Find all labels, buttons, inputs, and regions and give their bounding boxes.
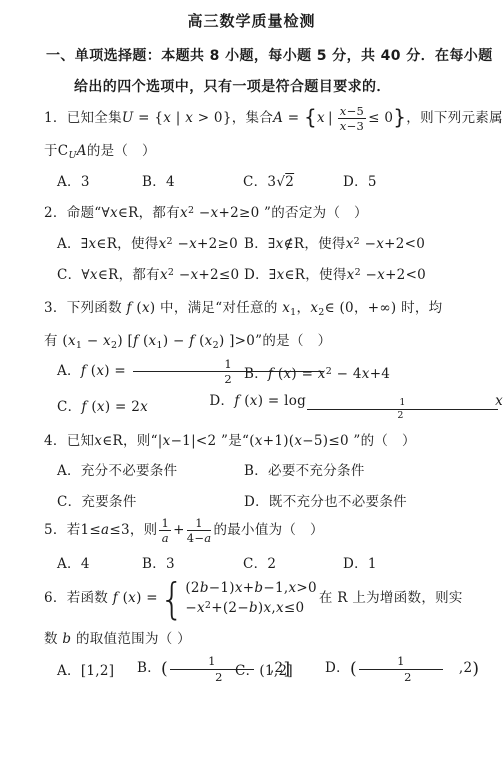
question-6-option-a: A．[1,2] <box>57 659 137 679</box>
question-1-stem-line-2: 于CUA的是（ ） <box>44 139 489 161</box>
question-2-options-row-1: A．∃x∈R，使得x2 −x+2≥0 B．∃x∉R，使得x2 −x+2<0 <box>57 232 503 252</box>
question-3-option-a: A．f (x) = 12 <box>57 358 244 385</box>
question-4-option-c: C．充要条件 <box>57 490 244 510</box>
question-5-option-a: A．4 <box>57 552 142 572</box>
question-3-stem-line-1: 3．下列函数 f (x) 中，满足“对任意的 x1，x2∈ (0，+∞) 时，均 <box>44 296 489 318</box>
question-3-option-b: B．f (x) = x2 − 4x+4 <box>244 362 390 382</box>
question-6-stem-line-1: 6．若函数 f (x) ={(2b−1)x+b−1,x>0−x2+(2−b)x,… <box>44 579 489 618</box>
question-5-option-d: D．1 <box>343 552 377 572</box>
question-1-option-b: B．4 <box>142 170 243 190</box>
question-1-option-d: D．5 <box>343 170 377 190</box>
question-2-option-b: B．∃x∉R，使得x2 −x+2<0 <box>244 232 425 252</box>
question-1-stem-line-1: 1．已知全集U = {x | x > 0}，集合A = {x|x−5x−3≤ 0… <box>44 105 489 132</box>
question-4-option-a: A．充分不必要条件 <box>57 459 244 479</box>
question-1-option-c: C．3√2 <box>243 170 343 190</box>
question-4-option-d: D．既不充分也不必要条件 <box>244 490 407 510</box>
question-3-option-d: D．f (x) = log12x <box>209 389 503 421</box>
question-6-option-c: C．(1,2] <box>235 659 325 679</box>
question-2-option-c: C．∀x∈R，都有x2 −x+2≤0 <box>57 263 244 283</box>
question-1-option-a: A．3 <box>57 170 142 190</box>
question-6-option-b: B．(12,2] <box>137 655 235 682</box>
question-3-option-c: C．f (x) = 2x <box>57 395 209 415</box>
question-2-stem: 2．命题“∀x∈R，都有x2 −x+2≥0 ”的否定为（ ） <box>44 201 489 221</box>
question-1-options: A．3 B．4 C．3√2 D．5 <box>57 170 503 190</box>
document-title: 高三数学质量检测 <box>0 0 503 31</box>
question-3-options-row-1: A．f (x) = 12 B．f (x) = x2 − 4x+4 <box>57 358 503 385</box>
question-5-option-b: B．3 <box>142 552 243 572</box>
section-heading-line-2: 给出的四个选项中，只有一项是符合题目要求的． <box>74 76 483 96</box>
question-6-options: A．[1,2] B．(12,2] C．(1,2] D．(12,2) <box>57 655 503 682</box>
question-4-option-b: B．必要不充分条件 <box>244 459 365 479</box>
question-4-stem: 4．已知x∈R，则“|x−1|<2 ”是“(x+1)(x−5)≤0 ”的（ ） <box>44 429 489 449</box>
question-6-stem-line-2: 数 b 的取值范围为（ ） <box>44 627 489 647</box>
question-6-option-d: D．(12,2) <box>325 655 479 682</box>
question-3-stem-line-2: 有 (x1 − x2) [f (x1) − f (x2) ]>0”的是（ ） <box>44 329 489 351</box>
question-4-options-row-1: A．充分不必要条件 B．必要不充分条件 <box>57 459 503 479</box>
exam-document-page: 高三数学质量检测 一、单项选择题：本题共 8 小题，每小题 5 分，共 40 分… <box>0 0 503 760</box>
question-2-options-row-2: C．∀x∈R，都有x2 −x+2≤0 D．∃x∈R，使得x2 −x+2<0 <box>57 263 503 283</box>
question-5-options: A．4 B．3 C．2 D．1 <box>57 552 503 572</box>
question-5-option-c: C．2 <box>243 552 343 572</box>
section-heading-line-1: 一、单项选择题：本题共 8 小题，每小题 5 分，共 40 分．在每小题 <box>46 45 483 65</box>
question-5-stem: 5．若1≤a≤3，则1a+14−a的最小值为（ ） <box>44 517 489 544</box>
question-2-option-a: A．∃x∈R，使得x2 −x+2≥0 <box>57 232 244 252</box>
question-3-options-row-2: C．f (x) = 2x D．f (x) = log12x <box>57 389 503 421</box>
question-4-options-row-2: C．充要条件 D．既不充分也不必要条件 <box>57 490 503 510</box>
question-2-option-d: D．∃x∈R，使得x2 −x+2<0 <box>244 263 426 283</box>
